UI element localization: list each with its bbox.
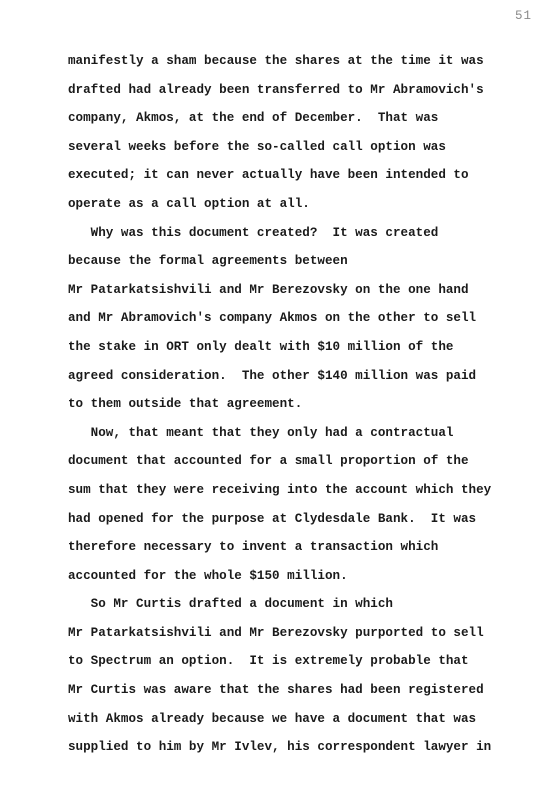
transcript-text-block: manifestly a sham because the shares at … [68, 47, 491, 762]
text-line: manifestly a sham because the shares at … [68, 47, 491, 76]
text-line: Mr Patarkatsishvili and Mr Berezovsky pu… [68, 619, 491, 648]
text-line: operate as a call option at all. [68, 190, 491, 219]
document-page: 51 manifestly a sham because the shares … [0, 0, 558, 789]
text-line: So Mr Curtis drafted a document in which [68, 590, 491, 619]
text-line: agreed consideration. The other $140 mil… [68, 362, 491, 391]
text-line: Mr Patarkatsishvili and Mr Berezovsky on… [68, 276, 491, 305]
text-line: because the formal agreements between [68, 247, 491, 276]
text-line: sum that they were receiving into the ac… [68, 476, 491, 505]
text-line: executed; it can never actually have bee… [68, 161, 491, 190]
text-line: Mr Curtis was aware that the shares had … [68, 676, 491, 705]
text-line: Now, that meant that they only had a con… [68, 419, 491, 448]
text-line: the stake in ORT only dealt with $10 mil… [68, 333, 491, 362]
text-line: drafted had already been transferred to … [68, 76, 491, 105]
text-line: to Spectrum an option. It is extremely p… [68, 647, 491, 676]
text-line: had opened for the purpose at Clydesdale… [68, 505, 491, 534]
text-line: company, Akmos, at the end of December. … [68, 104, 491, 133]
text-line: accounted for the whole $150 million. [68, 562, 491, 591]
text-line: with Akmos already because we have a doc… [68, 705, 491, 734]
text-line: and Mr Abramovich's company Akmos on the… [68, 304, 491, 333]
text-line: therefore necessary to invent a transact… [68, 533, 491, 562]
text-line: supplied to him by Mr Ivlev, his corresp… [68, 733, 491, 762]
text-line: several weeks before the so-called call … [68, 133, 491, 162]
text-line: document that accounted for a small prop… [68, 447, 491, 476]
text-line: to them outside that agreement. [68, 390, 491, 419]
page-number: 51 [515, 9, 532, 23]
text-line: Why was this document created? It was cr… [68, 219, 491, 248]
